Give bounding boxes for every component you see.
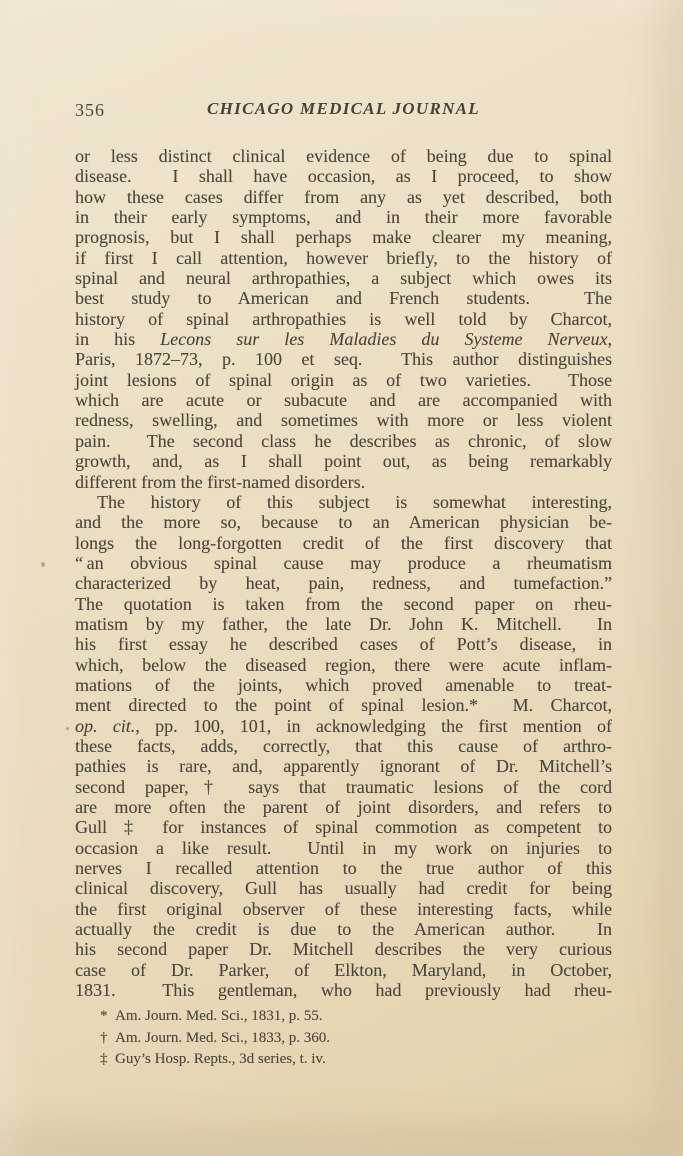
footnote-text: Am. Journ. Med. Sci., 1833, p. 360. — [115, 1030, 330, 1046]
scanned-book-page: 356 CHICAGO MEDICAL JOURNAL or less dist… — [0, 0, 683, 1156]
text-line: which are acute or subacute and are acco… — [75, 390, 612, 410]
text-line: pain. The second class he describes as c… — [75, 431, 612, 451]
text-line: which, below the diseased region, there … — [75, 655, 612, 675]
text-line: The history of this subject is somewhat … — [75, 492, 612, 512]
text-line: second paper,† says that traumatic lesio… — [75, 777, 612, 797]
text-line: Paris, 1872–73, p. 100 et seq. This auth… — [75, 349, 612, 369]
text-line: and the more so, because to an American … — [75, 512, 612, 532]
scan-speck — [66, 727, 69, 730]
text-line: if first I call attention, however brief… — [75, 248, 612, 268]
text-line: in their early symptoms, and in their mo… — [75, 207, 612, 227]
text-line: different from the first-named disorders… — [75, 472, 612, 492]
footnote-marker: † — [100, 1028, 115, 1050]
text-line: history of spinal arthropathies is well … — [75, 309, 612, 329]
footnote: *Am. Journ. Med. Sci., 1831, p. 55. — [100, 1006, 580, 1028]
text-line: mations of the joints, which proved amen… — [75, 675, 612, 695]
text-line: his first essay he described cases of Po… — [75, 634, 612, 654]
text-line: spinal and neural arthropathies, a subje… — [75, 268, 612, 288]
text-line: longs the long-forgotten credit of the f… — [75, 533, 612, 553]
text-line: nerves I recalled attention to the true … — [75, 858, 612, 878]
text-line: joint lesions of spinal origin as of two… — [75, 370, 612, 390]
text-line: clinical discovery, Gull has usually had… — [75, 878, 612, 898]
text-line: prognosis, but I shall perhaps make clea… — [75, 227, 612, 247]
text-line: how these cases differ from any as yet d… — [75, 187, 612, 207]
text-line: op. cit., pp. 100, 101, in acknowledging… — [75, 716, 612, 736]
footnote-marker: * — [100, 1006, 115, 1028]
text-line: ment directed to the point of spinal les… — [75, 695, 612, 715]
text-line: redness, swelling, and sometimes with mo… — [75, 410, 612, 430]
text-line: are more often the parent of joint disor… — [75, 797, 612, 817]
text-line: actually the credit is due to the Americ… — [75, 919, 612, 939]
paragraph: or less distinct clinical evidence of be… — [75, 146, 612, 492]
footnotes: *Am. Journ. Med. Sci., 1831, p. 55.†Am. … — [100, 1006, 580, 1071]
page-number: 356 — [75, 100, 105, 121]
text-line: in his Lecons sur les Maladies du System… — [75, 329, 612, 349]
footnote: ‡Guy’s Hosp. Repts., 3d series, t. iv. — [100, 1049, 580, 1071]
text-line: best study to American and French studen… — [75, 288, 612, 308]
footnote-text: Am. Journ. Med. Sci., 1831, p. 55. — [115, 1008, 323, 1024]
text-line: “ an obvious spinal cause may produce a … — [75, 553, 612, 573]
text-line: or less distinct clinical evidence of be… — [75, 146, 612, 166]
journal-title: CHICAGO MEDICAL JOURNAL — [75, 99, 612, 119]
text-line: pathies is rare, and, apparently ignoran… — [75, 756, 612, 776]
text-line: The quotation is taken from the second p… — [75, 594, 612, 614]
footnote: †Am. Journ. Med. Sci., 1833, p. 360. — [100, 1028, 580, 1050]
text-line: the first original observer of these int… — [75, 899, 612, 919]
text-line: 1831. This gentleman, who had previously… — [75, 980, 612, 1000]
scan-speck — [41, 562, 45, 567]
text-line: case of Dr. Parker, of Elkton, Maryland,… — [75, 960, 612, 980]
body-text: or less distinct clinical evidence of be… — [75, 146, 612, 1000]
text-line: characterized by heat, pain, redness, an… — [75, 573, 612, 593]
footnote-text: Guy’s Hosp. Repts., 3d series, t. iv. — [115, 1051, 326, 1067]
text-line: these facts, adds, correctly, that this … — [75, 736, 612, 756]
text-line: matism by my father, the late Dr. John K… — [75, 614, 612, 634]
running-header: 356 CHICAGO MEDICAL JOURNAL — [75, 99, 612, 123]
footnote-marker: ‡ — [100, 1049, 115, 1071]
text-line: disease. I shall have occasion, as I pro… — [75, 166, 612, 186]
paragraph: The history of this subject is somewhat … — [75, 492, 612, 1001]
text-line: occasion a like result. Until in my work… — [75, 838, 612, 858]
text-line: Gull ‡ for instances of spinal commotion… — [75, 817, 612, 837]
text-line: growth, and, as I shall point out, as be… — [75, 451, 612, 471]
text-line: his second paper Dr. Mitchell describes … — [75, 939, 612, 959]
